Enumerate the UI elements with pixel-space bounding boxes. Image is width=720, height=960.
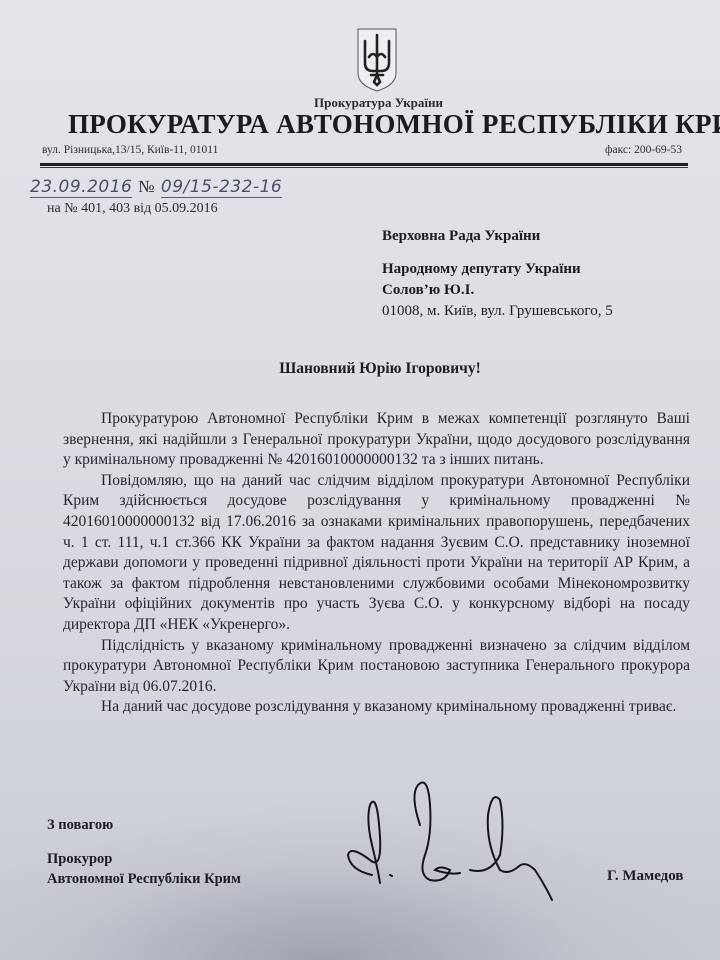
handwritten-signature	[330, 775, 580, 905]
recipient-name: Солов’ю Ю.І.	[382, 280, 613, 301]
header-rule-thin	[40, 167, 688, 168]
org-fax: факс: 200-69-53	[605, 144, 682, 156]
letter-body: Прокуратурою Автономної Республіки Крим …	[63, 409, 690, 718]
org-name: ПРОКУРАТУРА АВТОНОМНОЇ РЕСПУБЛІКИ КРИМ	[68, 109, 720, 140]
paragraph: Прокуратурою Автономної Республіки Крим …	[63, 409, 690, 471]
org-address: вул. Різницька,13/15, Київ-11, 01011	[42, 144, 218, 156]
reply-reference: на № 401, 403 від 05.09.2016	[47, 201, 218, 217]
recipient-body: Верховна Рада України	[382, 226, 613, 247]
salutation: Шановний Юрію Ігоровичу!	[0, 360, 720, 378]
position-line2: Автономної Республіки Крим	[47, 869, 241, 889]
recipient-title: Народному депутату України	[382, 259, 613, 280]
paragraph: На даний час досудове розслідування у вк…	[63, 697, 690, 718]
header-rule	[40, 163, 688, 166]
signatory-name: Г. Мамедов	[607, 868, 684, 885]
paragraph: Повідомляю, що на даний час слідчим відд…	[63, 471, 690, 636]
position-line1: Прокурор	[47, 849, 241, 869]
regards: З повагою	[47, 815, 241, 835]
recipient-block: Верховна Рада України Народному депутату…	[382, 226, 613, 322]
closing-block: З повагою Прокурор Автономної Республіки…	[47, 815, 241, 889]
recipient-address: 01008, м. Київ, вул. Грушевського, 5	[382, 301, 613, 322]
registration-date: 23.09.2016	[30, 177, 132, 198]
registration-line: 23.09.2016 № 09/15-232-16	[30, 177, 282, 197]
number-label: №	[138, 177, 155, 196]
paragraph: Підслідність у вказаному кримінальному п…	[63, 636, 690, 698]
registration-number: 09/15-232-16	[161, 177, 282, 198]
trident-emblem-icon	[355, 27, 399, 93]
